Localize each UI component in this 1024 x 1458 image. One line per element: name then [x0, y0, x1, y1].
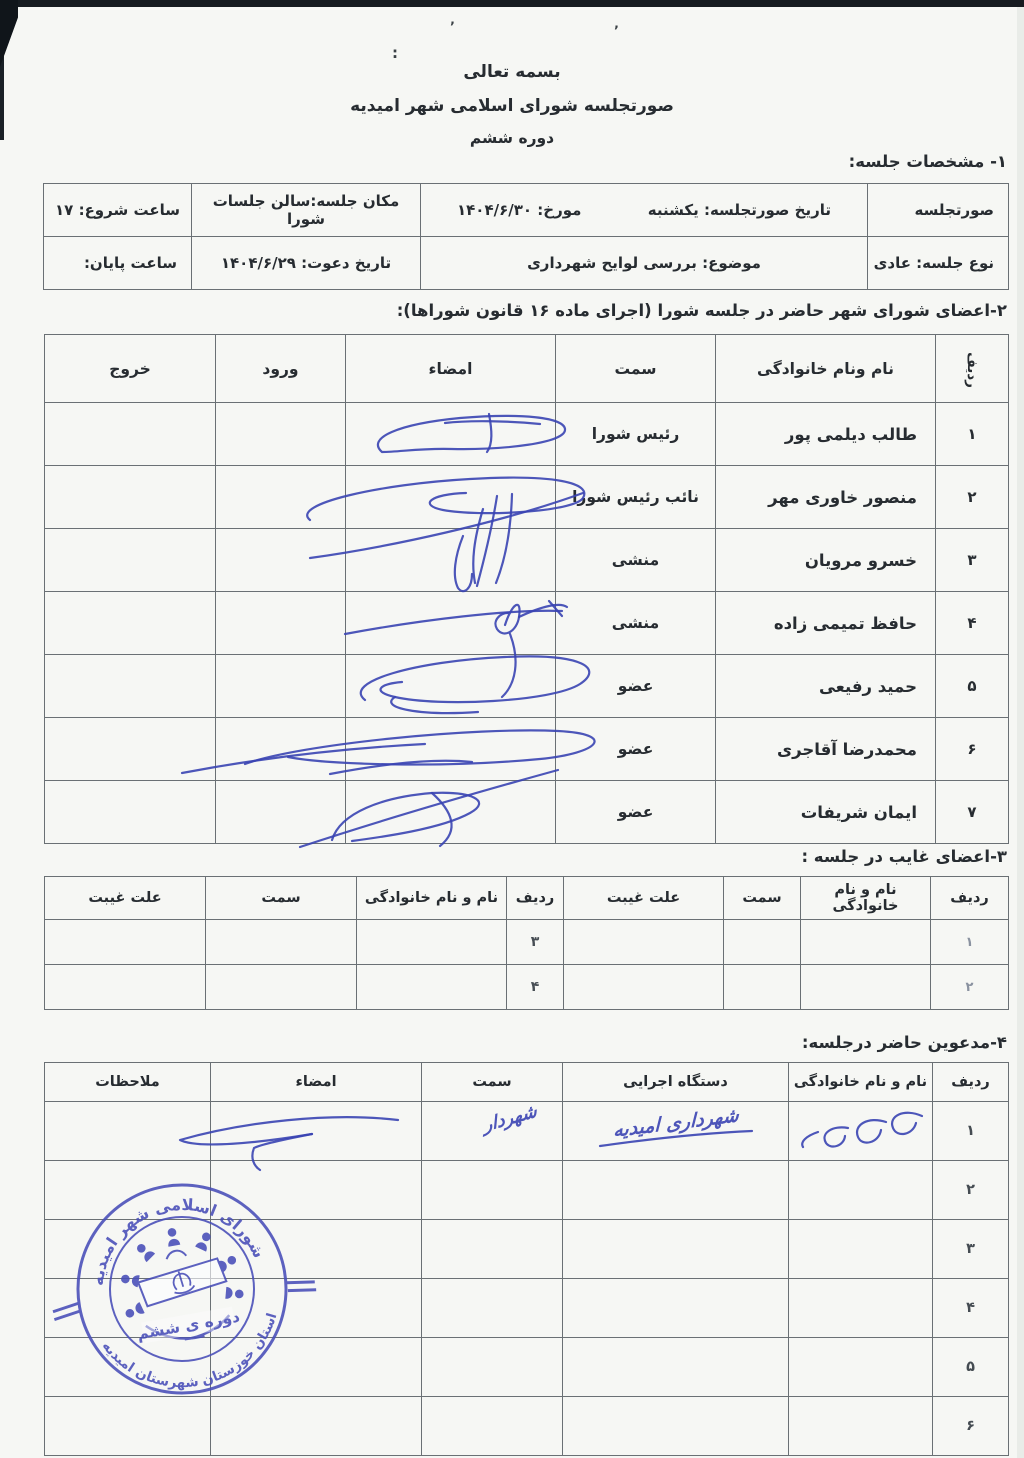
absent-name-cell — [357, 965, 507, 1010]
invitee-row: ۳ — [45, 1220, 1009, 1279]
invitee-signature-col-header: امضاء — [211, 1063, 422, 1102]
member-role: عضو — [556, 781, 716, 844]
invitee-name-cell — [789, 1338, 933, 1397]
member-exit-cell — [45, 592, 216, 655]
meeting-type-cell: نوع جلسه: عادی — [868, 237, 1009, 290]
row-col-header-label: ردیف — [964, 352, 980, 388]
present-members-table: ردیف نام ونام خانوادگی سمت امضاء ورود خر… — [44, 334, 1009, 844]
meeting-date-label: تاریخ صورتجلسه: یکشنبه — [648, 201, 831, 219]
invitee-role-cell — [422, 1161, 563, 1220]
absent-row-col-header: ردیف — [507, 877, 564, 920]
invitee-name-cell — [789, 1220, 933, 1279]
member-entry-cell — [216, 403, 346, 466]
absent-row-num: ۲ — [931, 965, 1009, 1010]
meeting-date-cell: تاریخ صورتجلسه: یکشنبه مورخ: ۱۴۰۴/۶/۳۰ — [421, 184, 868, 237]
invitee-row-num: ۴ — [933, 1279, 1009, 1338]
invitee-row: ۶ — [45, 1397, 1009, 1456]
invitee-agency-cell — [563, 1338, 789, 1397]
scanned-meeting-minutes-page: : ٬ ٬ بسمه تعالی صورتجلسه شورای اسلامی ش… — [0, 0, 1024, 1458]
invitee-name-cell — [789, 1102, 933, 1161]
member-name: منصور خاوری مهر — [716, 466, 936, 529]
member-entry-cell — [216, 466, 346, 529]
section3-heading: ۳-اعضای غایب در جلسه : — [801, 847, 1007, 866]
invitee-notes-cell — [45, 1220, 211, 1279]
invitee-notes-cell — [45, 1161, 211, 1220]
absent-reason-cell — [564, 965, 724, 1010]
invitee-row-num: ۶ — [933, 1397, 1009, 1456]
invitee-notes-col-header: ملاحظات — [45, 1063, 211, 1102]
invitee-row: ۴ — [45, 1279, 1009, 1338]
absent-members-table: ردیف نام و نام خانوادگی سمت علت غیبت ردی… — [44, 876, 1009, 1010]
absent-role-cell — [206, 965, 357, 1010]
member-row-num: ۳ — [936, 529, 1009, 592]
scan-artifact-tick: ٬ — [614, 24, 619, 39]
term-label: دوره ششم — [0, 129, 1024, 147]
invitee-agency-cell — [563, 1161, 789, 1220]
absent-role-cell — [724, 920, 801, 965]
member-row: ۶ محمدرضا آقاجری عضو — [45, 718, 1009, 781]
absent-name-col-header: نام و نام خانوادگی — [801, 877, 931, 920]
member-row: ۵ حمید رفیعی عضو — [45, 655, 1009, 718]
member-row-num: ۲ — [936, 466, 1009, 529]
invitee-row-num: ۱ — [933, 1102, 1009, 1161]
member-name: حمید رفیعی — [716, 655, 936, 718]
absent-role-col-header: سمت — [206, 877, 357, 920]
absent-name-col-header: نام و نام خانوادگی — [357, 877, 507, 920]
entry-col-header: ورود — [216, 335, 346, 403]
member-exit-cell — [45, 781, 216, 844]
section1-heading: ۱- مشخصات جلسه: — [849, 152, 1007, 171]
invitee-row: ۵ — [45, 1338, 1009, 1397]
absent-reason-cell — [45, 965, 206, 1010]
member-entry-cell — [216, 655, 346, 718]
section4-heading: ۴-مدعوین حاضر درجلسه: — [802, 1033, 1007, 1052]
member-name: حافظ تمیمی زاده — [716, 592, 936, 655]
invitee-notes-cell — [45, 1397, 211, 1456]
invitee-signature-cell — [211, 1220, 422, 1279]
scan-artifact-colon: : — [392, 44, 398, 62]
invitee-role-cell — [422, 1397, 563, 1456]
member-role: منشی — [556, 529, 716, 592]
invitee-signature-cell — [211, 1397, 422, 1456]
invitee-agency-col-header: دستگاه اجرایی — [563, 1063, 789, 1102]
member-signature-cell — [346, 403, 556, 466]
member-signature-cell — [346, 529, 556, 592]
invitee-agency-cell — [563, 1220, 789, 1279]
absent-row-num: ۱ — [931, 920, 1009, 965]
invitee-name-cell — [789, 1161, 933, 1220]
member-row-num: ۶ — [936, 718, 1009, 781]
bismillah-text: بسمه تعالی — [0, 62, 1024, 82]
absent-name-cell — [801, 920, 931, 965]
member-role: نائب رئیس شورا — [556, 466, 716, 529]
member-role: عضو — [556, 655, 716, 718]
invitee-role-cell — [422, 1279, 563, 1338]
absent-row-col-header: ردیف — [931, 877, 1009, 920]
absent-row: ۲ ۴ — [45, 965, 1009, 1010]
member-name: ایمان شریفات — [716, 781, 936, 844]
meeting-info-row1: صورتجلسه تاریخ صورتجلسه: یکشنبه مورخ: ۱۴… — [44, 184, 1009, 237]
absent-reason-cell — [564, 920, 724, 965]
member-signature-cell — [346, 718, 556, 781]
member-row: ۴ حافظ تمیمی زاده منشی — [45, 592, 1009, 655]
meeting-date-value: مورخ: ۱۴۰۴/۶/۳۰ — [457, 201, 581, 219]
invitee-row: ۲ — [45, 1161, 1009, 1220]
invitee-row-num: ۵ — [933, 1338, 1009, 1397]
absent-reason-col-header: علت غیبت — [45, 877, 206, 920]
invitee-row-num: ۲ — [933, 1161, 1009, 1220]
row-col-header: ردیف — [936, 335, 1009, 403]
section2-heading: ۲-اعضای شورای شهر حاضر در جلسه شورا (اجر… — [397, 301, 1007, 320]
absent-header-row: ردیف نام و نام خانوادگی سمت علت غیبت ردی… — [45, 877, 1009, 920]
member-row: ۳ خسرو مرویان منشی — [45, 529, 1009, 592]
member-entry-cell — [216, 781, 346, 844]
member-signature-cell — [346, 781, 556, 844]
member-row: ۷ ایمان شریفات عضو — [45, 781, 1009, 844]
member-entry-cell — [216, 529, 346, 592]
member-exit-cell — [45, 529, 216, 592]
member-row: ۱ طالب دیلمی پور رئیس شورا — [45, 403, 1009, 466]
member-signature-cell — [346, 592, 556, 655]
member-row: ۲ منصور خاوری مهر نائب رئیس شورا — [45, 466, 1009, 529]
absent-name-cell — [801, 965, 931, 1010]
member-exit-cell — [45, 655, 216, 718]
member-exit-cell — [45, 403, 216, 466]
member-role: عضو — [556, 718, 716, 781]
member-signature-cell — [346, 466, 556, 529]
meeting-info-table: صورتجلسه تاریخ صورتجلسه: یکشنبه مورخ: ۱۴… — [43, 183, 1009, 290]
member-entry-cell — [216, 592, 346, 655]
scan-edge-corner — [0, 0, 18, 78]
member-role: منشی — [556, 592, 716, 655]
invitees-header-row: ردیف نام و نام خانوادگی دستگاه اجرایی سم… — [45, 1063, 1009, 1102]
member-role: رئیس شورا — [556, 403, 716, 466]
name-col-header: نام ونام خانوادگی — [716, 335, 936, 403]
invitee-notes-cell — [45, 1279, 211, 1338]
absent-reason-cell — [45, 920, 206, 965]
meeting-location-cell: مکان جلسه:سالن جلسات شورا — [192, 184, 421, 237]
member-name: خسرو مرویان — [716, 529, 936, 592]
absent-row-num: ۴ — [507, 965, 564, 1010]
invitee-signature-cell — [211, 1102, 422, 1161]
invitee-agency-cell — [563, 1397, 789, 1456]
absent-name-cell — [357, 920, 507, 965]
invitee-role-cell — [422, 1338, 563, 1397]
invitee-role-cell — [422, 1220, 563, 1279]
absent-row-num: ۳ — [507, 920, 564, 965]
member-row-num: ۱ — [936, 403, 1009, 466]
member-row-num: ۷ — [936, 781, 1009, 844]
invitee-signature-cell — [211, 1161, 422, 1220]
member-row-num: ۵ — [936, 655, 1009, 718]
scan-edge-right — [1017, 0, 1024, 1458]
member-exit-cell — [45, 718, 216, 781]
invitee-agency-cell — [563, 1279, 789, 1338]
invitee-notes-cell — [45, 1338, 211, 1397]
invitee-signature-cell — [211, 1338, 422, 1397]
invitee-name-cell — [789, 1279, 933, 1338]
exit-col-header: خروج — [45, 335, 216, 403]
absent-reason-col-header: علت غیبت — [564, 877, 724, 920]
absent-role-cell — [724, 965, 801, 1010]
invitee-notes-cell — [45, 1102, 211, 1161]
subject-cell: موضوع: بررسی لوایح شهرداری — [421, 237, 868, 290]
member-name: محمدرضا آقاجری — [716, 718, 936, 781]
member-signature-cell — [346, 655, 556, 718]
invitee-role-col-header: سمت — [422, 1063, 563, 1102]
member-row-num: ۴ — [936, 592, 1009, 655]
signature-col-header: امضاء — [346, 335, 556, 403]
invite-date-cell: تاریخ دعوت: ۱۴۰۴/۶/۲۹ — [192, 237, 421, 290]
member-exit-cell — [45, 466, 216, 529]
invitee-row-col-header: ردیف — [933, 1063, 1009, 1102]
role-col-header: سمت — [556, 335, 716, 403]
absent-role-col-header: سمت — [724, 877, 801, 920]
invitee-name-col-header: نام و نام خانوادگی — [789, 1063, 933, 1102]
invitee-name-cell — [789, 1397, 933, 1456]
member-entry-cell — [216, 718, 346, 781]
absent-row: ۱ ۳ — [45, 920, 1009, 965]
member-name: طالب دیلمی پور — [716, 403, 936, 466]
invitee-row-num: ۳ — [933, 1220, 1009, 1279]
document-title: صورتجلسه شورای اسلامی شهر امیدیه — [0, 96, 1024, 116]
end-time-cell: ساعت پایان: — [44, 237, 192, 290]
start-time-cell: ساعت شروع: ۱۷ — [44, 184, 192, 237]
scan-artifact-tick: ٬ — [450, 20, 455, 35]
scan-edge-top — [0, 0, 1024, 7]
absent-role-cell — [206, 920, 357, 965]
invitee-signature-cell — [211, 1279, 422, 1338]
minutes-label-cell: صورتجلسه — [868, 184, 1009, 237]
meeting-info-row2: نوع جلسه: عادی موضوع: بررسی لوایح شهردار… — [44, 237, 1009, 290]
members-header-row: ردیف نام ونام خانوادگی سمت امضاء ورود خر… — [45, 335, 1009, 403]
